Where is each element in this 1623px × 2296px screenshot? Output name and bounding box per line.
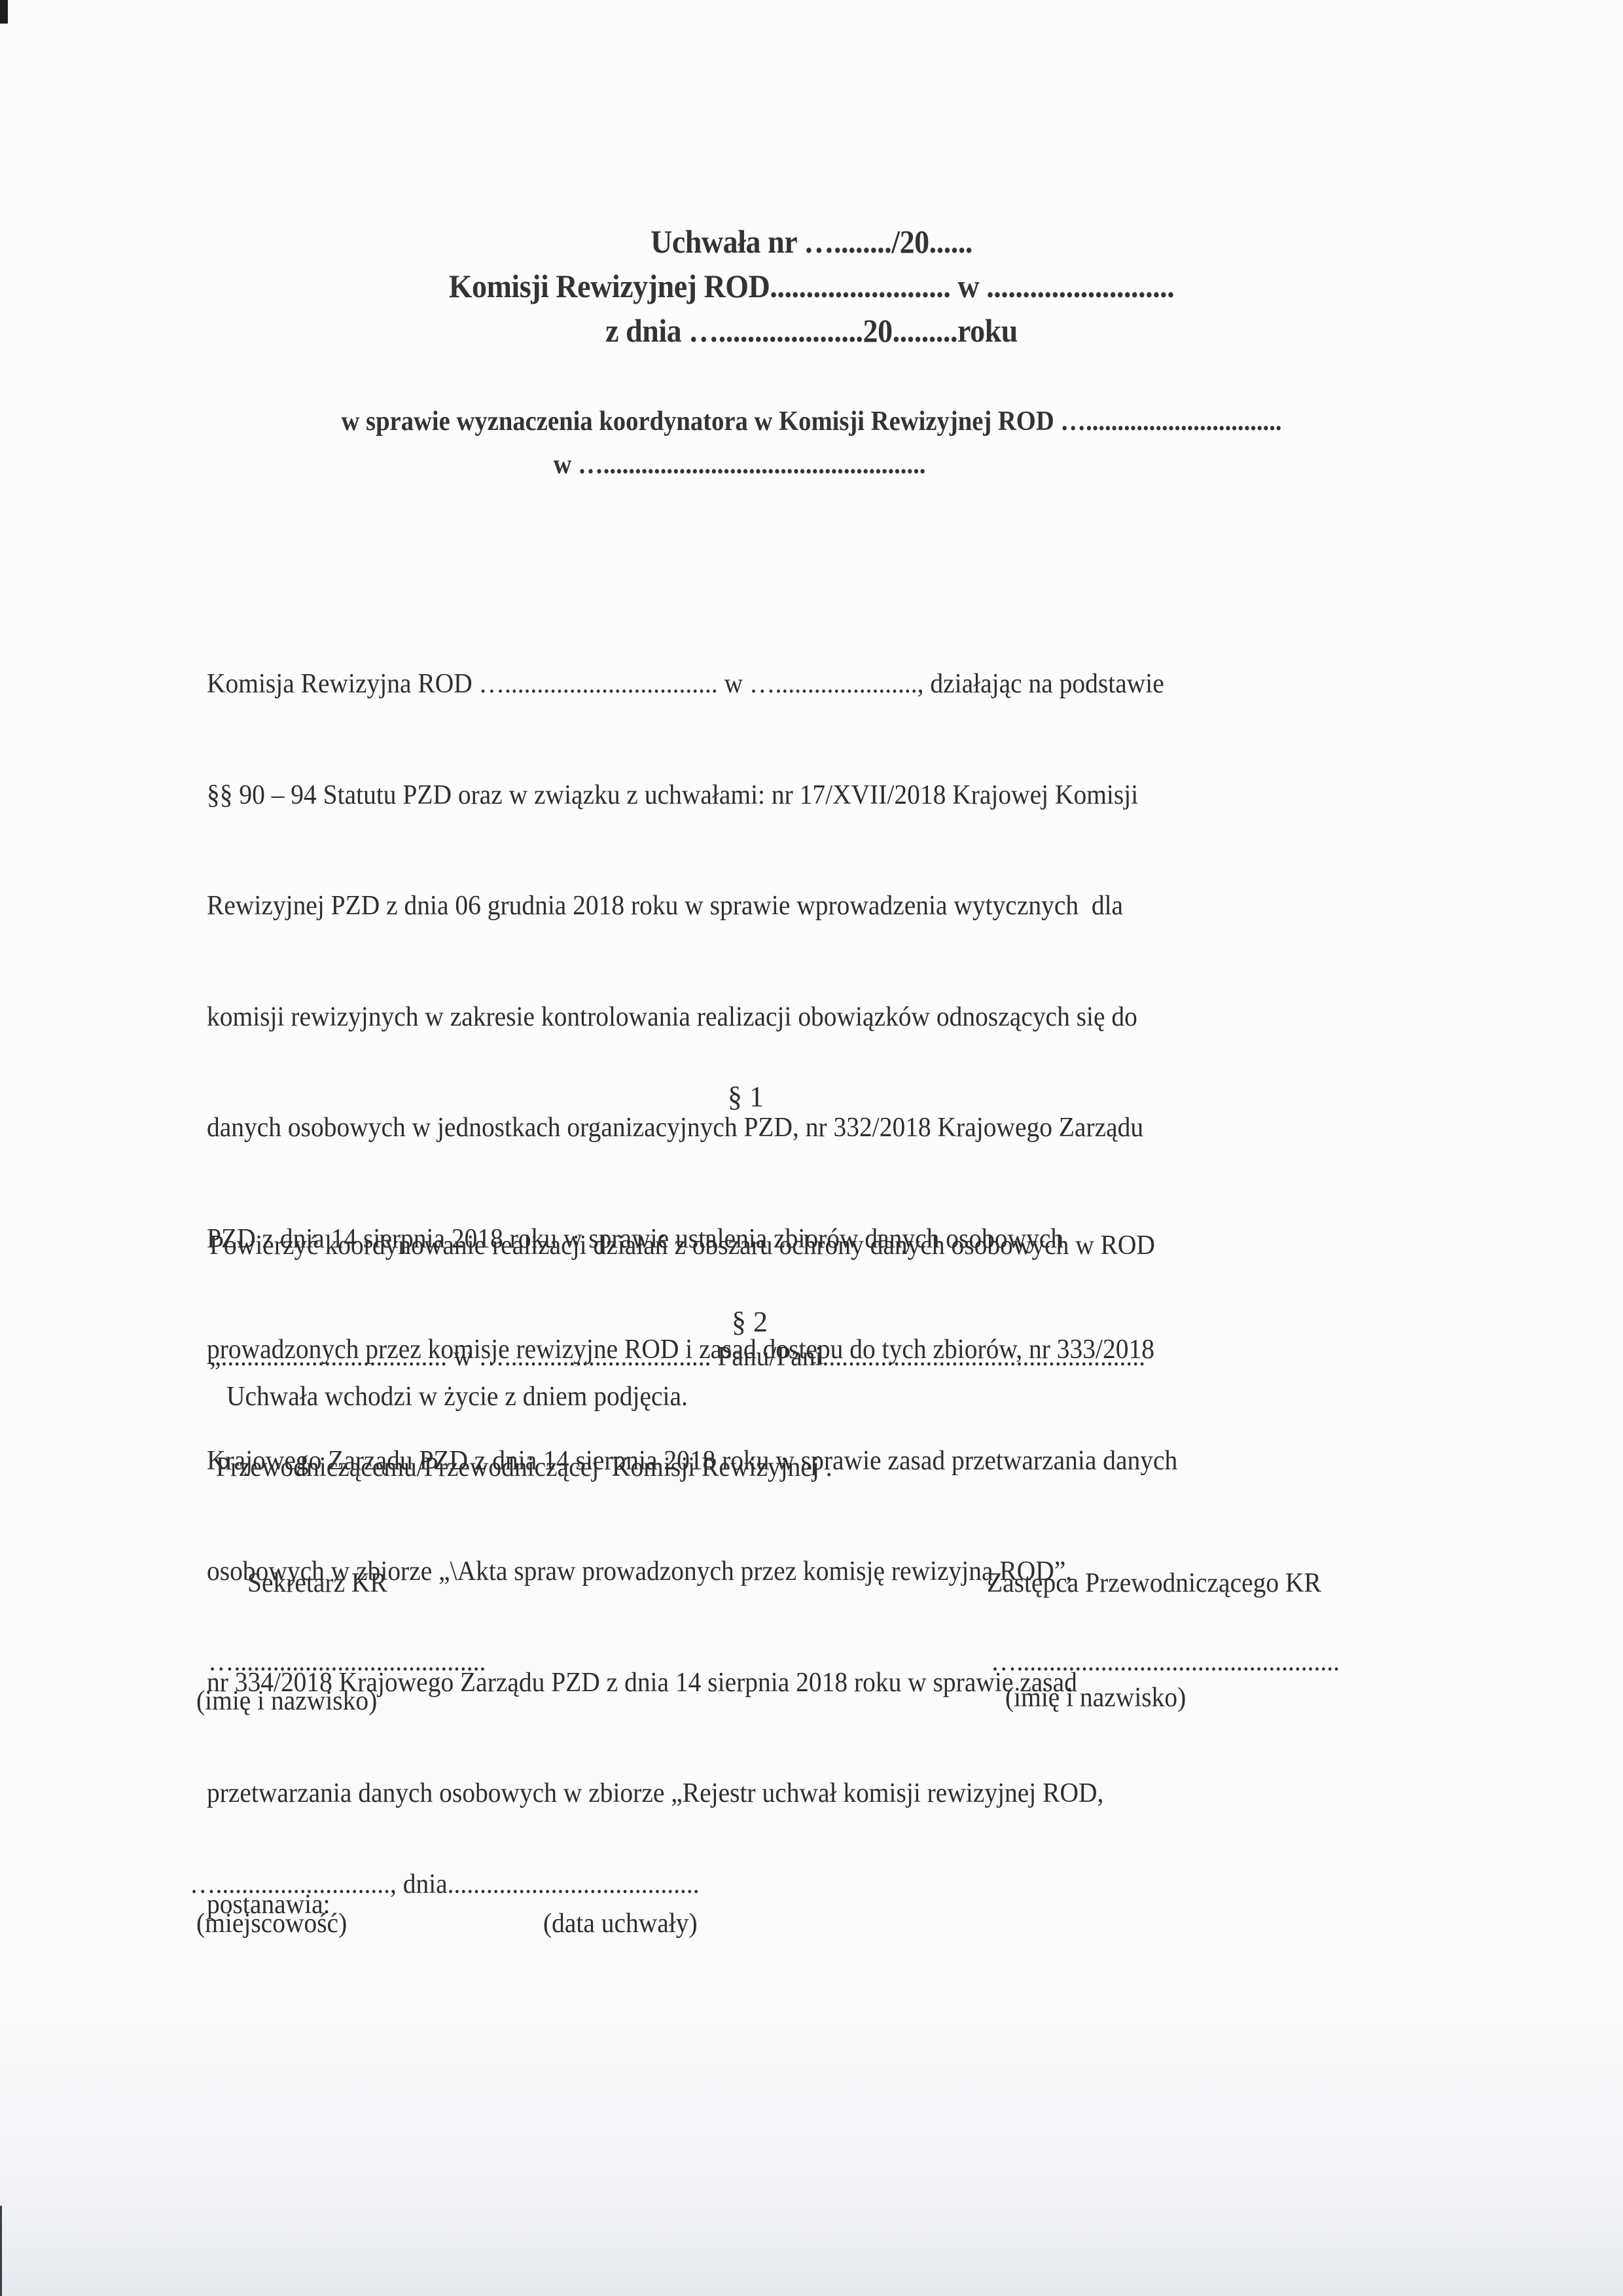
preamble-line: Rewizyjnej PZD z dnia 06 grudnia 2018 ro… bbox=[207, 888, 1400, 925]
signature-caption: (imię i nazwisko) bbox=[196, 1685, 377, 1717]
section-1-fill-line: „................................... w …… bbox=[209, 1338, 1403, 1376]
signature-caption: (imię i nazwisko) bbox=[1005, 1682, 1186, 1713]
signature-role-deputy-chair: Zastępca Przewodniczącego KR bbox=[987, 1568, 1321, 1599]
place-date-line: …..........................., dnia......… bbox=[190, 1869, 700, 1900]
date-line: z dnia …....................20.........r… bbox=[65, 312, 1558, 350]
scan-edge-artifact bbox=[0, 2206, 2, 2296]
preamble-line: danych osobowych w jednostkach organizac… bbox=[207, 1109, 1400, 1147]
section-2-mark: § 2 bbox=[732, 1305, 768, 1338]
preamble-line: §§ 90 – 94 Statutu PZD oraz w związku z … bbox=[207, 777, 1400, 814]
preamble-line: Komisja Rewizyjna ROD ….................… bbox=[207, 666, 1400, 703]
subject-line-2: w ….....................................… bbox=[0, 449, 1486, 480]
section-1-line: Przewodniczącemu/Przewodniczącej Komisji… bbox=[209, 1449, 1403, 1486]
subject-line-1: w sprawie wyznaczenia koordynatora w Kom… bbox=[65, 406, 1558, 437]
date-caption: (data uchwały) bbox=[543, 1908, 698, 1939]
preamble-line: komisji rewizyjnych w zakresie kontrolow… bbox=[207, 999, 1400, 1036]
resolution-number-line: Uchwała nr …......../20...... bbox=[65, 223, 1558, 260]
scan-edge-artifact bbox=[0, 0, 8, 24]
signature-line: ….......................................… bbox=[991, 1646, 1340, 1677]
place-caption: (miejscowość) bbox=[196, 1908, 347, 1939]
section-1-line: Powierzyć koordynowanie realizacji dział… bbox=[209, 1227, 1403, 1265]
section-1-text: Powierzyć koordynowanie realizacji dział… bbox=[209, 1153, 1403, 1523]
section-1-mark: § 1 bbox=[728, 1080, 764, 1113]
signature-line: …....................................... bbox=[208, 1646, 486, 1677]
signature-role-secretary: Sekretarz KR bbox=[247, 1568, 387, 1599]
preamble-line: przetwarzania danych osobowych w zbiorze… bbox=[207, 1775, 1400, 1812]
committee-line: Komisji Rewizyjnej ROD..................… bbox=[65, 267, 1558, 305]
section-2-text: Uchwała wchodzi w życie z dniem podjęcia… bbox=[226, 1381, 688, 1412]
